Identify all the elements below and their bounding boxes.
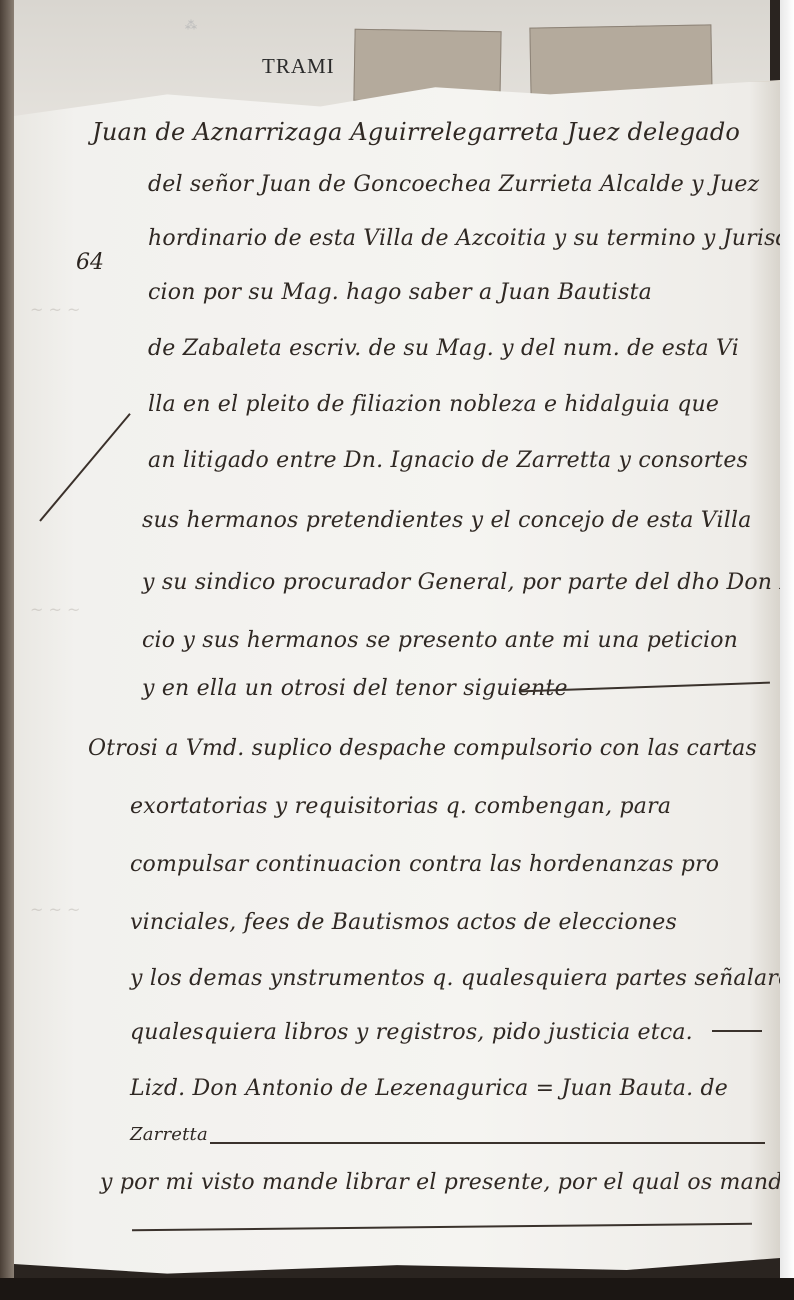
- printed-header: TRAMI: [262, 54, 335, 79]
- manuscript-line: qualesquiera libros y registros, pido ju…: [130, 1020, 693, 1045]
- manuscript-line: cion por su Mag. hago saber a Juan Bauti…: [148, 280, 652, 305]
- manuscript-line: compulsar continuacion contra las horden…: [130, 852, 719, 877]
- manuscript-line: vinciales, fees de Bautismos actos de el…: [130, 910, 677, 935]
- manuscript-line: de Zabaleta escriv. de su Mag. y del num…: [148, 336, 739, 361]
- line-filler-rule: [712, 1030, 762, 1032]
- corner-mark: ⁂: [185, 18, 197, 32]
- manuscript-line: lla en el pleito de filiazion nobleza e …: [148, 392, 719, 417]
- manuscript-line: exortatorias y requisitorias q. combenga…: [130, 794, 671, 819]
- manuscript-line: y los demas ynstrumentos q. qualesquiera…: [130, 966, 794, 991]
- manuscript-line: an litigado entre Dn. Ignacio de Zarrett…: [148, 448, 748, 473]
- manuscript-line: sus hermanos pretendientes y el concejo …: [142, 508, 752, 533]
- manuscript-line: Otrosi a Vmd. suplico despache compulsor…: [88, 736, 757, 761]
- page-bottom-shadow: [0, 1278, 794, 1300]
- bleed-through-text: ~ ~ ~: [30, 300, 80, 319]
- bleed-through-text: ~ ~ ~: [30, 600, 80, 619]
- manuscript-line: del señor Juan de Goncoechea Zurrieta Al…: [148, 172, 759, 197]
- page-right-margin: [780, 0, 794, 1300]
- line-filler-rule: [210, 1142, 765, 1144]
- manuscript-line: hordinario de esta Villa de Azcoitia y s…: [148, 226, 794, 251]
- book-spine-edge: [0, 0, 14, 1300]
- manuscript-line: Lizd. Don Antonio de Lezenagurica = Juan…: [130, 1076, 728, 1101]
- manuscript-line: y en ella un otrosi del tenor siguiente: [142, 676, 568, 701]
- folio-number: 64: [76, 250, 104, 275]
- manuscript-line: cio y sus hermanos se presento ante mi u…: [142, 628, 738, 653]
- manuscript-line: y por mi visto mande librar el presente,…: [100, 1170, 794, 1195]
- manuscript-line: y su sindico procurador General, por par…: [142, 570, 794, 595]
- bleed-through-text: ~ ~ ~: [30, 900, 80, 919]
- manuscript-line: Juan de Aznarrizaga Aguirrelegarreta Jue…: [92, 118, 740, 146]
- manuscript-line: Zarretta: [130, 1124, 208, 1145]
